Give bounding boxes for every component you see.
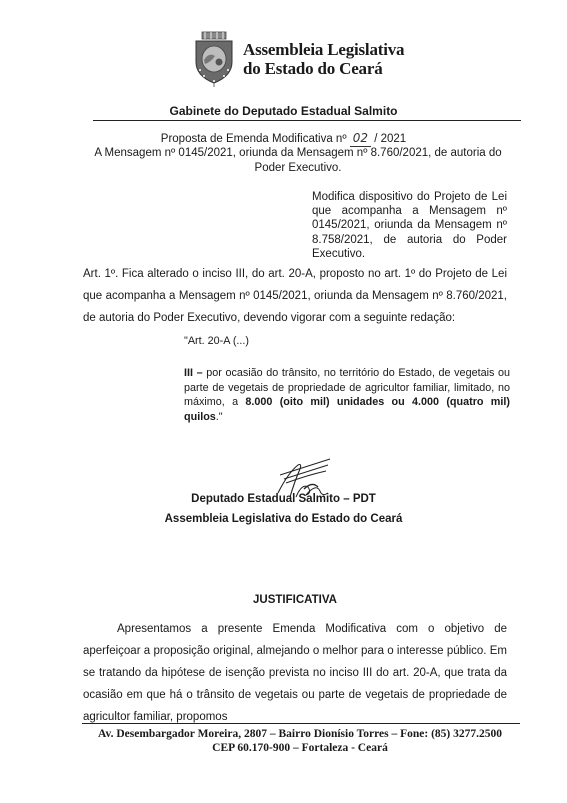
ementa: Modifica dispositivo do Projeto de Lei q… — [312, 190, 507, 261]
office-name: Gabinete do Deputado Estadual Salmito — [0, 104, 567, 118]
proposal-title: Proposta de Emenda Modificativa nº 02 / … — [0, 131, 567, 147]
article-1: Art. 1º. Fica alterado o inciso III, do … — [83, 263, 507, 329]
header-divider — [93, 120, 521, 121]
institution-name-line1: Assembleia Legislativa — [243, 40, 404, 59]
proposal-number: 02 — [350, 131, 371, 147]
letterhead: Assembleia Legislativa do Estado do Cear… — [193, 30, 453, 90]
justificativa-title: JUSTIFICATIVA — [0, 594, 567, 606]
justificativa-text: Apresentamos a presente Emenda Modificat… — [83, 618, 507, 728]
signatory-organization: Assembleia Legislativa do Estado do Cear… — [0, 513, 567, 525]
institution-name-line2: do Estado do Ceará — [243, 59, 404, 78]
footer-address: Av. Desembargador Moreira, 2807 – Bairro… — [0, 727, 567, 741]
footer-city: CEP 60.170-900 – Fortaleza - Ceará — [0, 741, 567, 755]
proposal-year: / 2021 — [374, 133, 406, 145]
ceara-coat-of-arms-icon — [193, 30, 235, 88]
footer-divider — [82, 723, 520, 724]
footer: Av. Desembargador Moreira, 2807 – Bairro… — [0, 727, 567, 755]
signatory-name: Deputado Estadual Salmito – PDT — [0, 493, 567, 505]
inciso-iii: III – por ocasião do trânsito, no territ… — [184, 366, 510, 424]
inciso-label: III – — [184, 367, 203, 379]
proposal-message: A Mensagem nº 0145/2021, oriunda da Mens… — [88, 146, 508, 176]
proposal-title-prefix: Proposta de Emenda Modificativa nº — [161, 133, 347, 145]
quote-heading: "Art. 20-A (...) — [184, 335, 510, 347]
inciso-end: ." — [216, 411, 223, 423]
institution-name: Assembleia Legislativa do Estado do Cear… — [243, 40, 404, 78]
